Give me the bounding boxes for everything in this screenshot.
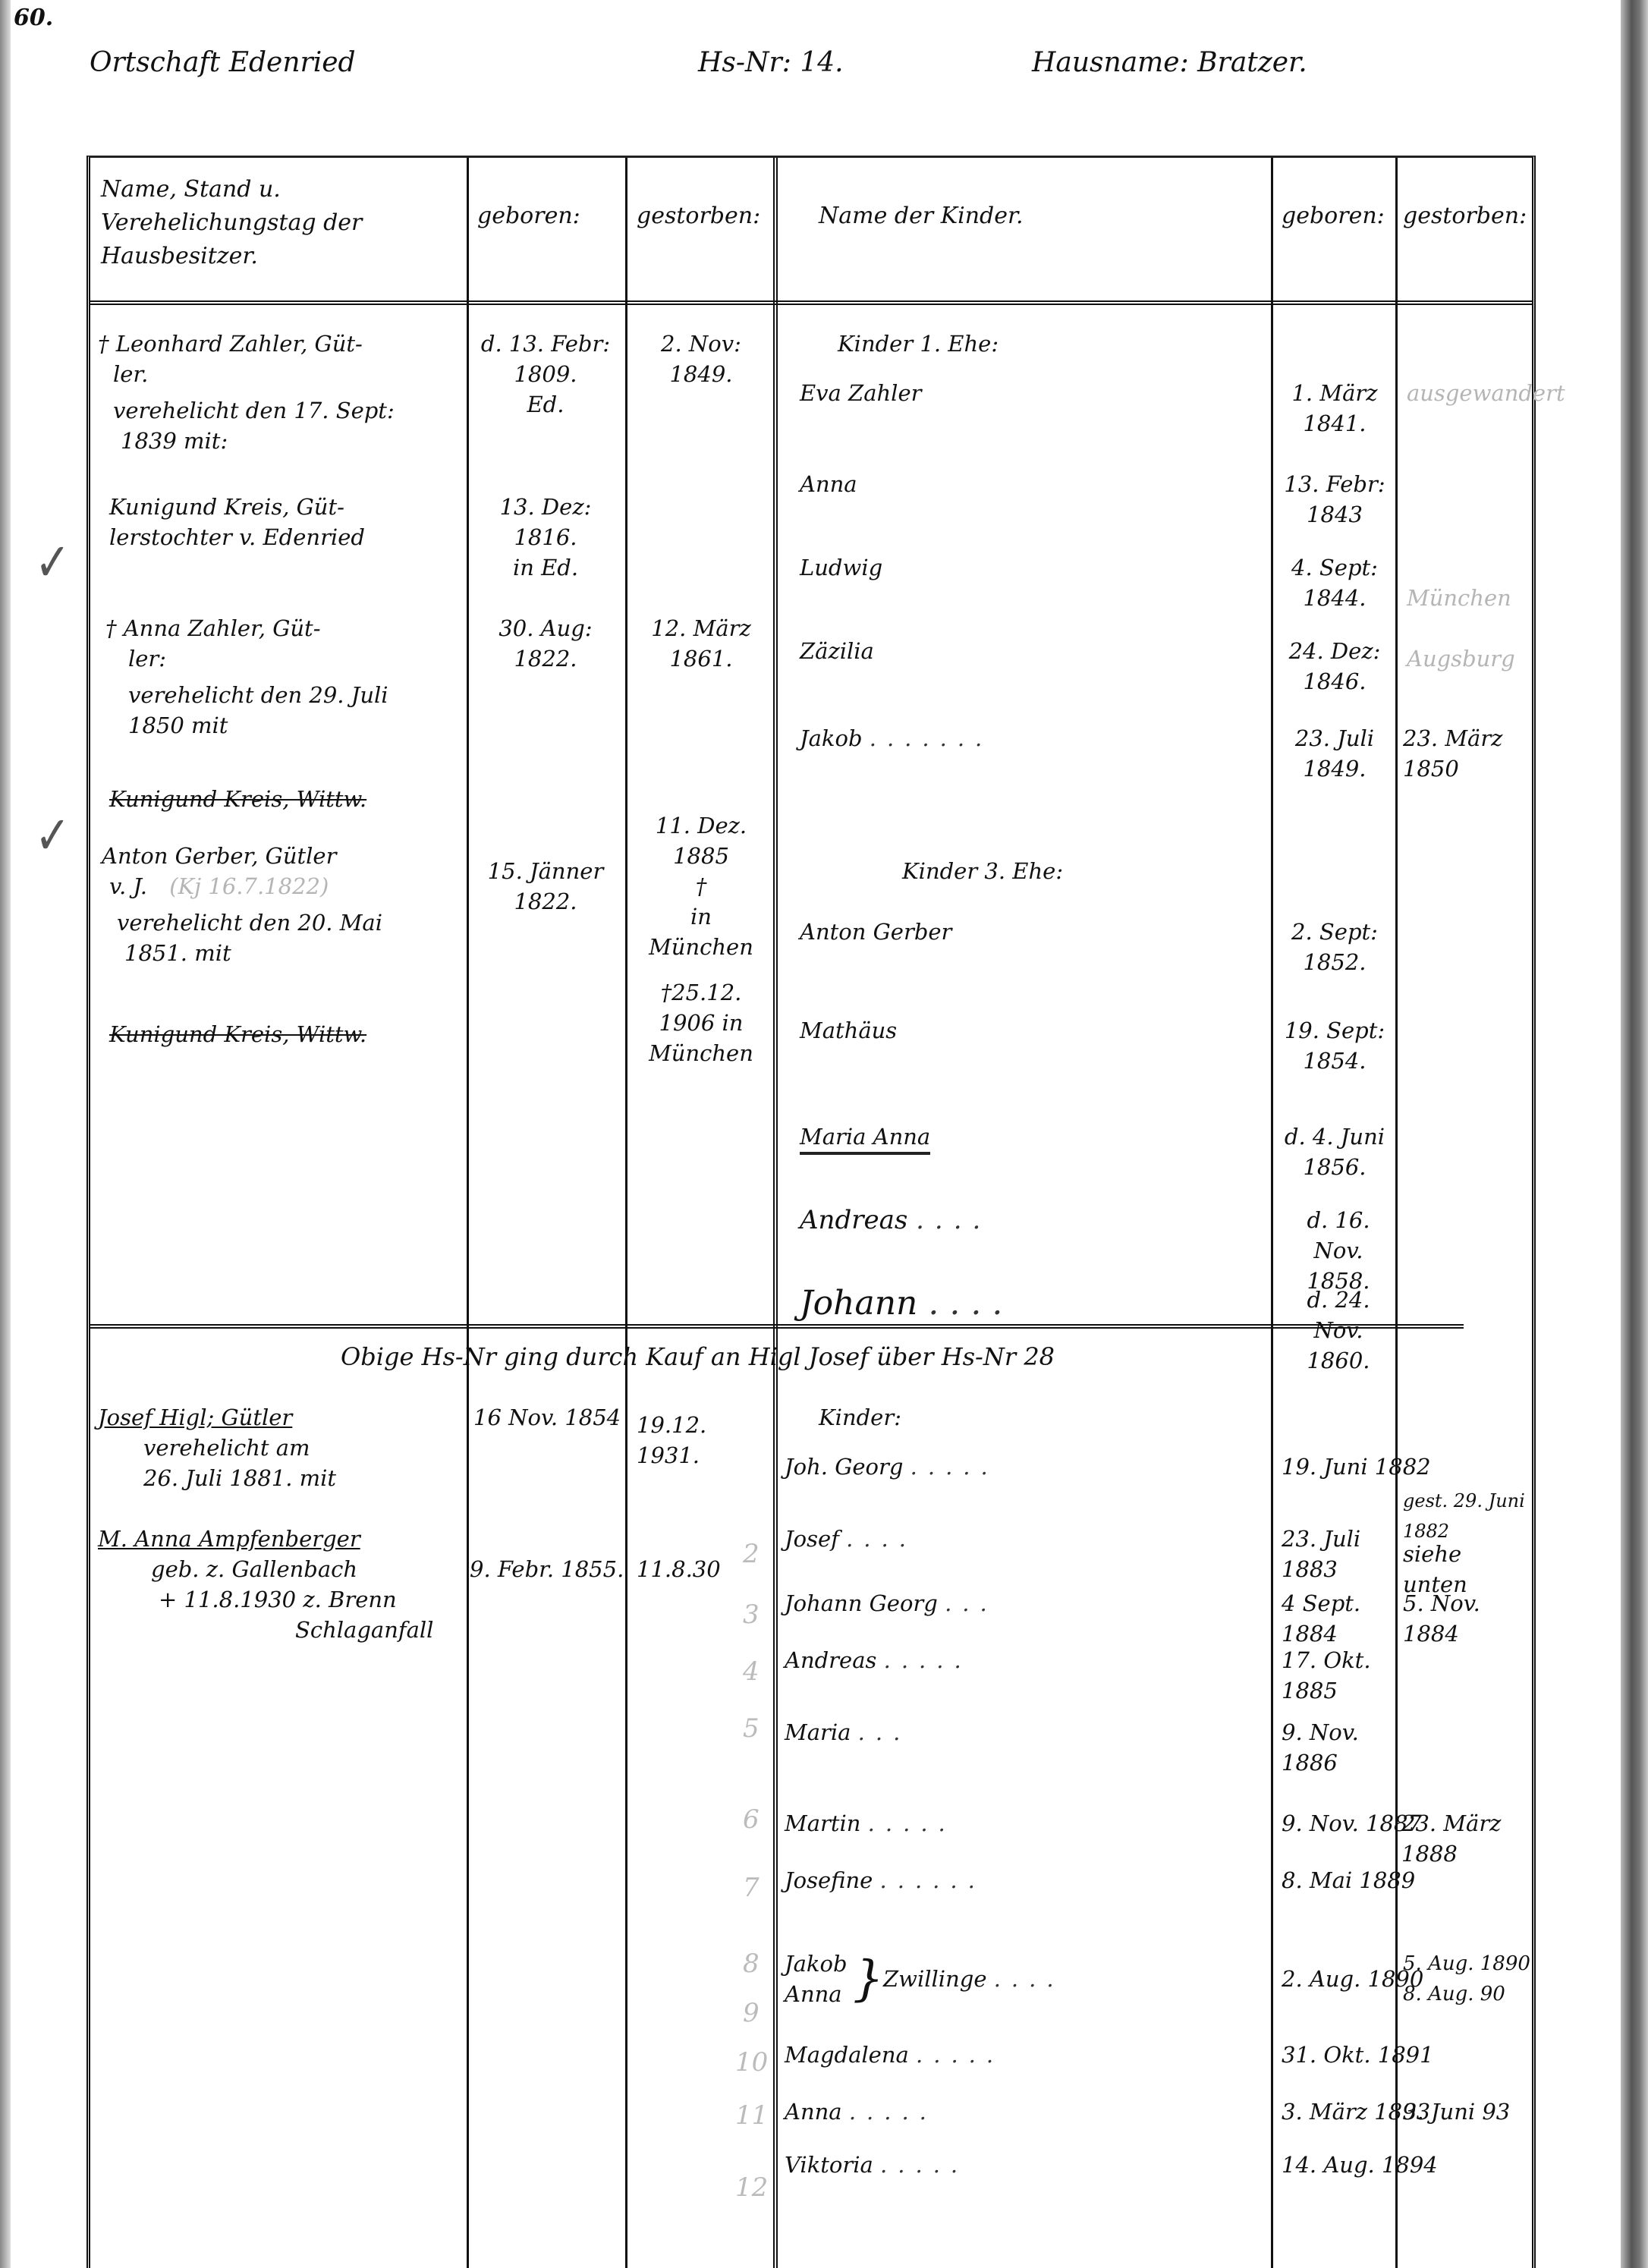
book-binding: [1621, 0, 1648, 2268]
child-born: 23. Juli1849.: [1282, 723, 1388, 784]
child-born: 19. Juni 1882: [1282, 1452, 1431, 1482]
child-name: Magdalena .....: [785, 2040, 1004, 2070]
column-divider: [467, 158, 469, 2268]
child-died: gest. 29. Juni 1882: [1403, 1486, 1532, 1546]
child-name: Maria ...: [785, 1717, 910, 1747]
child-born: 4. Sept:1844.: [1282, 552, 1388, 613]
parent-died: 11. Dez. 1885†in München †25.12.1906 inM…: [637, 810, 766, 1068]
house-name-heading: Hausname: Bratzer.: [1032, 47, 1307, 78]
child-name: Anna: [785, 1979, 842, 2009]
children-heading: Kinder:: [819, 1402, 901, 1433]
page-number: 60.: [14, 5, 53, 31]
child-name: Mathäus: [800, 1015, 897, 1046]
child-born: 19. Sept:1854.: [1282, 1015, 1388, 1076]
parent-died: 11.8.30: [637, 1554, 721, 1584]
parent-died: 2. Nov:1849.: [637, 329, 766, 389]
child-born: 24. Dez:1846.: [1282, 636, 1388, 697]
margin-number: 12: [735, 2172, 768, 2203]
twins-brace: }: [853, 1949, 884, 2009]
section-divider: [90, 1324, 1464, 1329]
header-children-died: gestorben:: [1403, 200, 1527, 233]
child-died: 23. März 1888: [1401, 1808, 1532, 1869]
header-children-name: Name der Kinder.: [819, 200, 1024, 233]
column-divider: [1271, 158, 1273, 2268]
child-name: Viktoria .....: [785, 2150, 968, 2180]
children-heading: Kinder 3. Ehe:: [902, 856, 1063, 886]
header-divider: [90, 300, 1532, 305]
child-name: Andreas ....: [800, 1205, 991, 1235]
child-died: 8. Aug. 90: [1403, 1979, 1505, 2009]
parent-born: 30. Aug:1822.: [477, 613, 614, 674]
margin-number: 3: [743, 1600, 760, 1630]
child-name: Zäzilia: [800, 636, 874, 666]
child-name: Joh. Georg .....: [785, 1452, 999, 1482]
child-born: 8. Mai 1889: [1282, 1865, 1415, 1895]
child-name: Maria Anna: [800, 1121, 930, 1155]
parent-born: 13. Dez:1816.in Ed.: [477, 492, 614, 583]
child-born: 17. Okt. 1885: [1282, 1645, 1388, 1706]
margin-number: 5: [743, 1713, 760, 1744]
child-name: Josef ....: [785, 1524, 917, 1554]
parent-entry: † Anna Zahler, Güt- ler: verehelicht den…: [105, 613, 388, 741]
house-number-heading: Hs-Nr: 14.: [698, 47, 844, 78]
parent-born: 16 Nov. 1854: [473, 1402, 621, 1433]
checkmark-icon: ✓: [35, 531, 71, 593]
child-died: ausgewandert: [1407, 378, 1565, 408]
child-name: Johann Georg ...: [785, 1588, 998, 1618]
child-born: d. 24. Nov.1860.: [1282, 1285, 1395, 1376]
child-name: Anton Gerber: [800, 917, 951, 947]
twins-label: Zwillinge ....: [883, 1964, 1065, 1994]
margin-number: 10: [735, 2047, 768, 2078]
margin-number: 7: [743, 1873, 760, 1903]
margin-number: 11: [735, 2100, 768, 2131]
parent-born: 15. Jänner1822.: [477, 856, 614, 917]
parent-entry: Kunigund Kreis, Güt- lerstochter v. Eden…: [109, 492, 365, 552]
child-born: d. 16. Nov.1858.: [1282, 1205, 1395, 1296]
child-born: 23. Juli 1883: [1282, 1524, 1388, 1584]
struck-entry: Kunigund Kreis, Wittw.: [109, 1019, 366, 1049]
child-name: Martin .....: [785, 1808, 956, 1839]
child-died: 3. Juni 93: [1403, 2097, 1510, 2127]
child-name: Anna .....: [785, 2097, 937, 2127]
parent-entry: Anton Gerber, Gütler v. J. (Kj 16.7.1822…: [102, 841, 382, 968]
child-name: Anna: [800, 469, 857, 499]
register-table: Name, Stand u. Verehelichungstag der Hau…: [86, 156, 1536, 2268]
parent-born: d. 13. Febr:1809.Ed.: [477, 329, 614, 420]
margin-number: 6: [743, 1804, 760, 1835]
child-born: 1. März1841.: [1282, 378, 1388, 439]
child-born: 9. Nov. 1886: [1282, 1717, 1388, 1778]
child-born: d. 4. Juni1856.: [1282, 1121, 1388, 1182]
margin-number: 9: [743, 1998, 760, 2028]
margin-number: 8: [743, 1949, 760, 1979]
column-divider: [625, 158, 627, 2268]
children-heading: Kinder 1. Ehe:: [838, 329, 999, 359]
child-name: Andreas .....: [785, 1645, 972, 1675]
child-name: Jakob: [785, 1949, 848, 1979]
child-died: 5. Aug. 1890: [1403, 1949, 1530, 1979]
checkmark-icon: ✓: [35, 804, 71, 867]
transfer-note: Obige Hs-Nr ging durch Kauf an Higl Jose…: [341, 1342, 1055, 1372]
parent-died: 19.12.1931.: [637, 1410, 706, 1471]
child-note: Augsburg: [1407, 643, 1515, 674]
child-died: 23. März 1850: [1403, 723, 1532, 784]
child-name: Johann ....: [800, 1288, 1013, 1319]
child-born: 4 Sept. 1884: [1282, 1588, 1388, 1649]
child-born: 13. Febr:1843: [1282, 469, 1388, 530]
child-name: Josefine ......: [785, 1865, 986, 1895]
column-divider: [1395, 158, 1398, 2268]
child-name: Eva Zahler: [800, 378, 921, 408]
locality-heading: Ortschaft Edenried: [90, 47, 356, 78]
header-parents-name: Name, Stand u. Verehelichungstag der Hau…: [101, 173, 458, 273]
column-divider: [773, 158, 778, 2268]
child-died: 5. Nov. 1884: [1403, 1588, 1509, 1649]
parent-died: 12. März1861.: [637, 613, 766, 674]
struck-entry: Kunigund Kreis, Wittw.: [109, 784, 366, 814]
header-children-born: geboren:: [1282, 200, 1385, 233]
parent-entry: Josef Higl; Gütler verehelicht am 26. Ju…: [98, 1402, 336, 1493]
parent-entry: M. Anna Ampfenberger geb. z. Gallenbach …: [98, 1524, 433, 1645]
header-parents-born: geboren:: [477, 200, 580, 233]
parent-born: 9. Febr. 1855.: [470, 1554, 624, 1584]
child-name: Ludwig: [800, 552, 882, 583]
child-born: 2. Sept:1852.: [1282, 917, 1388, 977]
margin-number: 2: [743, 1539, 760, 1569]
child-born: 14. Aug. 1894: [1282, 2150, 1438, 2180]
child-name: Jakob .......: [800, 723, 992, 753]
child-born: 31. Okt. 1891: [1282, 2040, 1434, 2070]
child-died: München: [1407, 583, 1511, 613]
margin-number: 4: [743, 1656, 760, 1687]
page-left-edge: [0, 0, 11, 2268]
header-parents-died: gestorben:: [637, 200, 760, 233]
parent-entry: † Leonhard Zahler, Güt- ler. verehelicht…: [98, 329, 395, 456]
